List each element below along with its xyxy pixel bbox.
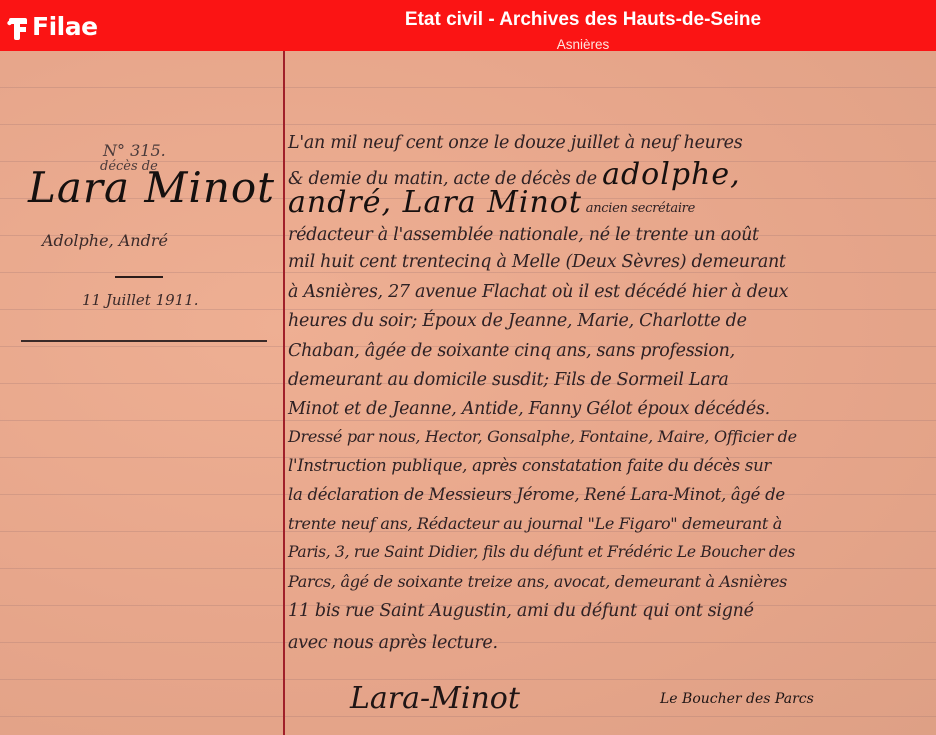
text-line: Parcs, âgé de soixante treize ans, avoca…	[288, 572, 787, 591]
margin-surname: Lara Minot	[28, 163, 275, 212]
text-line: l'Instruction publique, après constatati…	[288, 456, 771, 475]
text-line: andré, Lara Minot ancien secrétaire	[288, 185, 695, 220]
text-line: Dressé par nous, Hector, Gonsalphe, Font…	[288, 427, 797, 446]
document-image-viewer[interactable]: N° 315. décès de Lara Minot Adolphe, And…	[0, 51, 936, 735]
signature: Le Boucher des Parcs	[660, 691, 814, 707]
text-line: heures du soir; Époux de Jeanne, Marie, …	[288, 311, 747, 331]
text-line: Chaban, âgée de soixante cinq ans, sans …	[288, 341, 735, 361]
signature: Lara-Minot	[350, 681, 520, 716]
page-title: Etat civil - Archives des Hauts-de-Seine	[0, 9, 936, 31]
text-line: avec nous après lecture.	[288, 633, 498, 653]
margin-given-names: Adolphe, André	[42, 231, 168, 250]
text-line: L'an mil neuf cent onze le douze juillet…	[288, 133, 742, 153]
margin-separator	[21, 340, 267, 342]
text-line: mil huit cent trentecinq à Melle (Deux S…	[288, 252, 786, 272]
margin-date: 11 Juillet 1911.	[82, 291, 199, 309]
text-line: trente neuf ans, Rédacteur au journal "L…	[288, 514, 782, 533]
text-line: à Asnières, 27 avenue Flachat où il est …	[288, 282, 788, 302]
text-line: 11 bis rue Saint Augustin, ami du défunt…	[288, 601, 754, 621]
text-line: la déclaration de Messieurs Jérome, René…	[288, 485, 785, 504]
text-line: demeurant au domicile susdit; Fils de So…	[288, 370, 729, 390]
header-bar: Filae Etat civil - Archives des Hauts-de…	[0, 0, 936, 51]
page-subtitle: Asnières	[0, 37, 936, 53]
text-line: Minot et de Jeanne, Antide, Fanny Gélot …	[288, 399, 770, 419]
text-line: rédacteur à l'assemblée nationale, né le…	[288, 225, 759, 245]
margin-rule	[283, 51, 285, 735]
margin-dash	[115, 276, 163, 278]
act-number: N° 315.	[103, 141, 166, 160]
text-line: Paris, 3, rue Saint Didier, fils du défu…	[288, 543, 795, 561]
